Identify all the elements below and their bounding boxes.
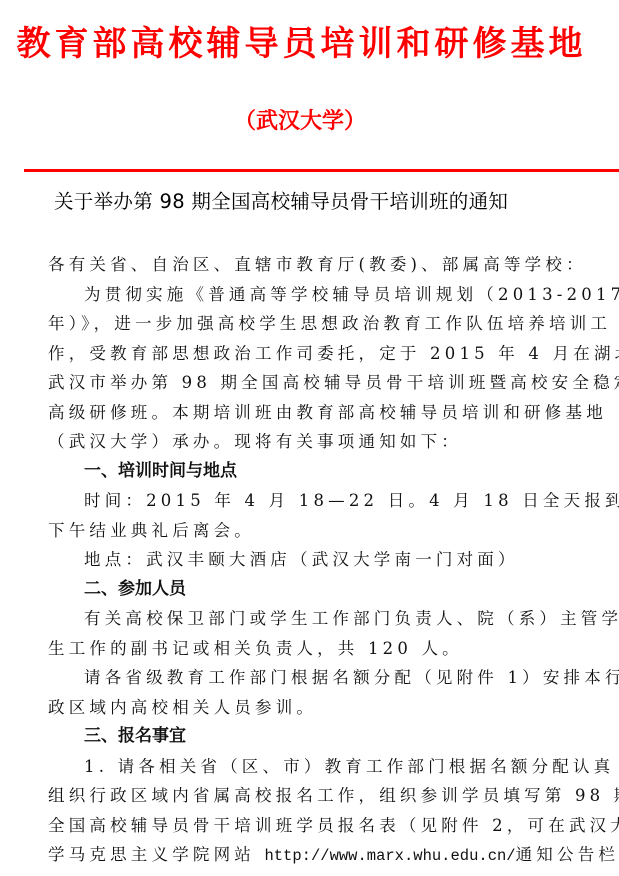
- url-prefix-text: 学马克思主义学院网站: [48, 845, 264, 864]
- section-line: 有关高校保卫部门或学生工作部门负责人、院（系）主管学: [48, 604, 560, 634]
- document-page: 教育部高校辅导员培训和研修基地 （武汉大学） 关于举办第 98 期全国高校辅导员…: [0, 0, 619, 876]
- section-line: 地点：武汉丰颐大酒店（武汉大学南一门对面）: [48, 545, 560, 575]
- org-subtitle: （武汉大学）: [0, 106, 600, 138]
- org-title: 教育部高校辅导员培训和研修基地: [0, 24, 603, 64]
- intro-line: （武汉大学）承办。现将有关事项通知如下：: [48, 427, 560, 457]
- section-line: 下午结业典礼后离会。: [48, 516, 560, 546]
- salutation: 各有关省、自治区、直辖市教育厅(教委)、部属高等学校：: [48, 250, 560, 280]
- section-line: 请各省级教育工作部门根据名额分配（见附件 1）安排本行: [48, 663, 560, 693]
- notice-body: 各有关省、自治区、直辖市教育厅(教委)、部属高等学校： 为贯彻实施《普通高等学校…: [48, 250, 560, 870]
- intro-line: 武汉市举办第 98 期全国高校辅导员骨干培训班暨高校安全稳定: [48, 368, 560, 398]
- intro-line: 作，受教育部思想政治工作司委托，定于 2015 年 4 月在湖北省: [48, 339, 560, 369]
- section-line: 政区域内高校相关人员参训。: [48, 693, 560, 723]
- section-line: 时间：2015 年 4 月 18—22 日。4 月 18 日全天报到，22 日: [48, 486, 560, 516]
- section-heading-registration: 三、报名事宜: [48, 722, 560, 752]
- section-line-with-url: 学马克思主义学院网站 http://www.marx.whu.edu.cn/通知…: [48, 840, 560, 870]
- red-divider-rule: [24, 169, 619, 172]
- notice-title: 关于举办第 98 期全国高校辅导员骨干培训班的通知: [54, 188, 564, 216]
- section-line: 生工作的副书记或相关负责人，共 120 人。: [48, 634, 560, 664]
- section-heading-participants: 二、参加人员: [48, 575, 560, 605]
- url-suffix-text: 通知公告栏: [516, 845, 619, 864]
- section-line: 1. 请各相关省（区、市）教育工作部门根据名额分配认真: [48, 752, 560, 782]
- intro-line: 为贯彻实施《普通高等学校辅导员培训规划（2013-2017: [48, 280, 560, 310]
- website-link[interactable]: http://www.marx.whu.edu.cn/: [264, 847, 515, 865]
- section-line: 组织行政区域内省属高校报名工作，组织参训学员填写第 98 期: [48, 781, 560, 811]
- intro-line: 年）》，进一步加强高校学生思想政治教育工作队伍培养培训工: [48, 309, 560, 339]
- section-line: 全国高校辅导员骨干培训班学员报名表（见附件 2，可在武汉大: [48, 811, 560, 841]
- intro-line: 高级研修班。本期培训班由教育部高校辅导员培训和研修基地: [48, 398, 560, 428]
- section-heading-time-location: 一、培训时间与地点: [48, 457, 560, 487]
